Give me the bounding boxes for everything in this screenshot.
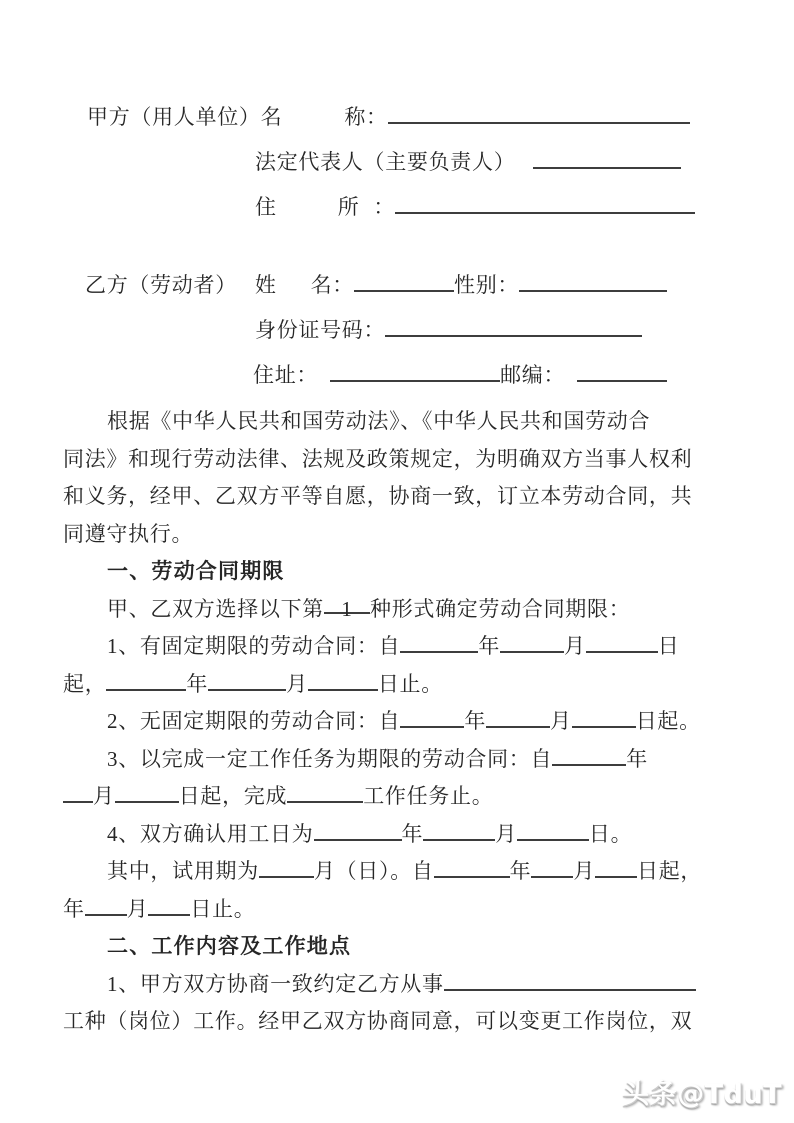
text-run: 年 — [402, 822, 424, 846]
blank-underline — [388, 101, 690, 124]
preamble: 根据《中华人民共和国劳动法》、《中华人民共和国劳动合同法》和现行劳动法律、法规及… — [63, 403, 735, 553]
blank-underline — [519, 269, 667, 292]
text-run: 年 — [186, 672, 208, 696]
contract-line: 2、无固定期限的劳动合同：自年月日起。 — [63, 703, 735, 741]
text-run: 姓 — [255, 273, 277, 297]
text-run: 年 — [63, 897, 85, 921]
text-run: 日起， — [637, 859, 702, 883]
contract-line: 乙方（劳动者）姓名：性别： — [63, 263, 735, 308]
text-run: 2、无固定期限的劳动合同：自 — [107, 709, 400, 733]
text-run: 1、有固定期限的劳动合同：自 — [107, 634, 400, 658]
blank-underline — [400, 705, 464, 728]
text-run: 月 — [564, 634, 586, 658]
text-run: 住 — [255, 195, 277, 219]
blank-underline — [533, 146, 681, 169]
spacer — [359, 213, 373, 214]
text-run: 二、工作内容及工作地点 — [107, 934, 351, 958]
text-run: 邮编： — [500, 363, 565, 387]
contract-line: 和义务，经甲、乙双方平等自愿，协商一致，订立本劳动合同，共 — [63, 478, 735, 516]
text-run: 同法》和现行劳动法律、法规及政策规定，为明确双方当事人权利 — [63, 447, 692, 471]
blank-underline — [385, 314, 642, 337]
text-run: 法定代表人（主要负责人） — [255, 150, 515, 174]
blank-underline — [308, 667, 378, 690]
blank-underline — [595, 855, 637, 878]
section-heading: 一、劳动合同期限 — [63, 553, 735, 591]
contract-line: 3、以完成一定工作任务为期限的劳动合同：自年 — [63, 741, 735, 779]
text-run: 住址： — [253, 363, 318, 387]
text-run: 日止。 — [190, 897, 255, 921]
blank-underline — [259, 855, 314, 878]
blank-underline — [106, 667, 186, 690]
section-heading: 二、工作内容及工作地点 — [63, 928, 735, 966]
contract-line: 同法》和现行劳动法律、法规及政策规定，为明确双方当事人权利 — [63, 441, 735, 479]
text-run: 月 — [286, 672, 308, 696]
blank-underline — [148, 892, 190, 915]
text-run: 年 — [478, 634, 500, 658]
blank-underline — [208, 667, 286, 690]
text-run: 工作任务止。 — [363, 784, 493, 808]
blank-underline — [400, 630, 478, 653]
contract-line: 起，年月日止。 — [63, 666, 735, 704]
spacer — [565, 381, 577, 382]
contract-line: 同遵守执行。 — [63, 516, 735, 554]
text-run: 甲方（用人单位）名 — [87, 105, 282, 129]
text-run: 年 — [464, 709, 486, 733]
contract-line: 1、甲方双方协商一致约定乙方从事 — [63, 966, 735, 1004]
blank-underline — [586, 630, 658, 653]
blank-underline — [486, 705, 550, 728]
text-run: 日起，完成 — [179, 784, 288, 808]
blank-underline — [444, 967, 696, 990]
text-run: 身份证号码： — [255, 318, 385, 342]
contract-document-page: 甲方（用人单位）名称：法定代表人（主要负责人）住所：乙方（劳动者）姓名：性别：身… — [0, 0, 794, 1123]
section-2-work-content: 二、工作内容及工作地点1、甲方双方协商一致约定乙方从事工种（岗位）工作。经甲乙双… — [63, 928, 735, 1041]
contract-line: 甲、乙双方选择以下第1种形式确定劳动合同期限： — [63, 591, 735, 629]
text-run: 和义务，经甲、乙双方平等自愿，协商一致，订立本劳动合同，共 — [63, 484, 692, 508]
contract-line: 工种（岗位）工作。经甲乙双方协商同意，可以变更工作岗位，双 — [63, 1003, 735, 1041]
text-run: 月 — [127, 897, 149, 921]
contract-line: 住址：邮编： — [63, 353, 735, 398]
text-run: 甲、乙双方选择以下第 — [107, 597, 324, 621]
text-run: 3、以完成一定工作任务为期限的劳动合同：自 — [107, 747, 552, 771]
text-run: 所 — [338, 195, 360, 219]
text-run: 年 — [626, 747, 648, 771]
text-run: 日起。 — [636, 709, 701, 733]
blank-underline — [395, 191, 695, 214]
blank-underline — [577, 359, 667, 382]
spacer — [277, 213, 338, 214]
toutiao-watermark: 头条@TduT — [622, 1072, 782, 1111]
contract-line: 根据《中华人民共和国劳动法》、《中华人民共和国劳动合 — [63, 403, 735, 441]
blank-underline — [287, 780, 363, 803]
contract-line: 4、双方确认用工日为年月日。 — [63, 816, 735, 854]
section-1-contract-term: 一、劳动合同期限甲、乙双方选择以下第1种形式确定劳动合同期限：1、有固定期限的劳… — [63, 553, 735, 928]
blank-underline — [434, 855, 510, 878]
spacer — [282, 123, 344, 124]
party-a-block: 甲方（用人单位）名称：法定代表人（主要负责人）住所： — [63, 95, 735, 230]
text-run: 日止。 — [378, 672, 443, 696]
contract-line: 其中，试用期为月（日）。自年月日起， — [63, 853, 735, 891]
text-run: 月 — [573, 859, 595, 883]
text-run: 根据《中华人民共和国劳动法》、《中华人民共和国劳动合 — [107, 409, 650, 433]
blank-underline — [85, 892, 127, 915]
contract-line: 年月日止。 — [63, 891, 735, 929]
contract-line: 身份证号码： — [63, 308, 735, 353]
contract-line: 甲方（用人单位）名称： — [63, 95, 735, 140]
blank-underline — [330, 359, 500, 382]
text-run: 称： — [344, 105, 387, 129]
text-run: 月（日）。自 — [314, 859, 434, 883]
contract-line: 住所： — [63, 185, 735, 230]
blank-underline — [572, 705, 636, 728]
text-run: 日 — [658, 634, 680, 658]
blank-underline — [115, 780, 179, 803]
text-run: 月 — [495, 822, 517, 846]
blank-underline — [517, 817, 589, 840]
contract-line: 月日起，完成工作任务止。 — [63, 778, 735, 816]
text-run: 起， — [63, 672, 106, 696]
text-run: 其中，试用期为 — [107, 859, 259, 883]
text-run: 年 — [510, 859, 532, 883]
blank-underline — [63, 780, 93, 803]
blank-underline — [531, 855, 573, 878]
contract-body: 甲方（用人单位）名称：法定代表人（主要负责人）住所：乙方（劳动者）姓名：性别：身… — [63, 95, 735, 1041]
spacer — [318, 381, 330, 382]
contract-line: 法定代表人（主要负责人） — [63, 140, 735, 185]
blank-underline — [552, 742, 626, 765]
text-run: 一、劳动合同期限 — [107, 559, 285, 583]
text-run: 月 — [550, 709, 572, 733]
text-run: 工种（岗位）工作。经甲乙双方协商同意，可以变更工作岗位，双 — [63, 1009, 692, 1033]
blank-underline — [314, 817, 402, 840]
text-run: 乙方（劳动者） — [85, 273, 237, 297]
filled-blank-value: 1 — [324, 591, 370, 614]
contract-line: 1、有固定期限的劳动合同：自年月日 — [63, 628, 735, 666]
spacer — [237, 291, 255, 292]
text-run: 4、双方确认用工日为 — [107, 822, 314, 846]
blank-underline — [423, 817, 495, 840]
spacer — [277, 291, 311, 292]
text-run: 同遵守执行。 — [63, 522, 193, 546]
text-run: 日。 — [589, 822, 632, 846]
spacer — [515, 168, 533, 169]
party-b-block: 乙方（劳动者）姓名：性别：身份证号码：住址：邮编： — [63, 263, 735, 398]
text-run: 名： — [311, 273, 354, 297]
text-run: 性别： — [454, 273, 519, 297]
text-run: 1、甲方双方协商一致约定乙方从事 — [107, 972, 444, 996]
text-run: ： — [373, 195, 395, 219]
text-run: 种形式确定劳动合同期限： — [370, 597, 630, 621]
blank-underline — [500, 630, 564, 653]
text-run: 月 — [93, 784, 115, 808]
blank-underline — [354, 269, 454, 292]
